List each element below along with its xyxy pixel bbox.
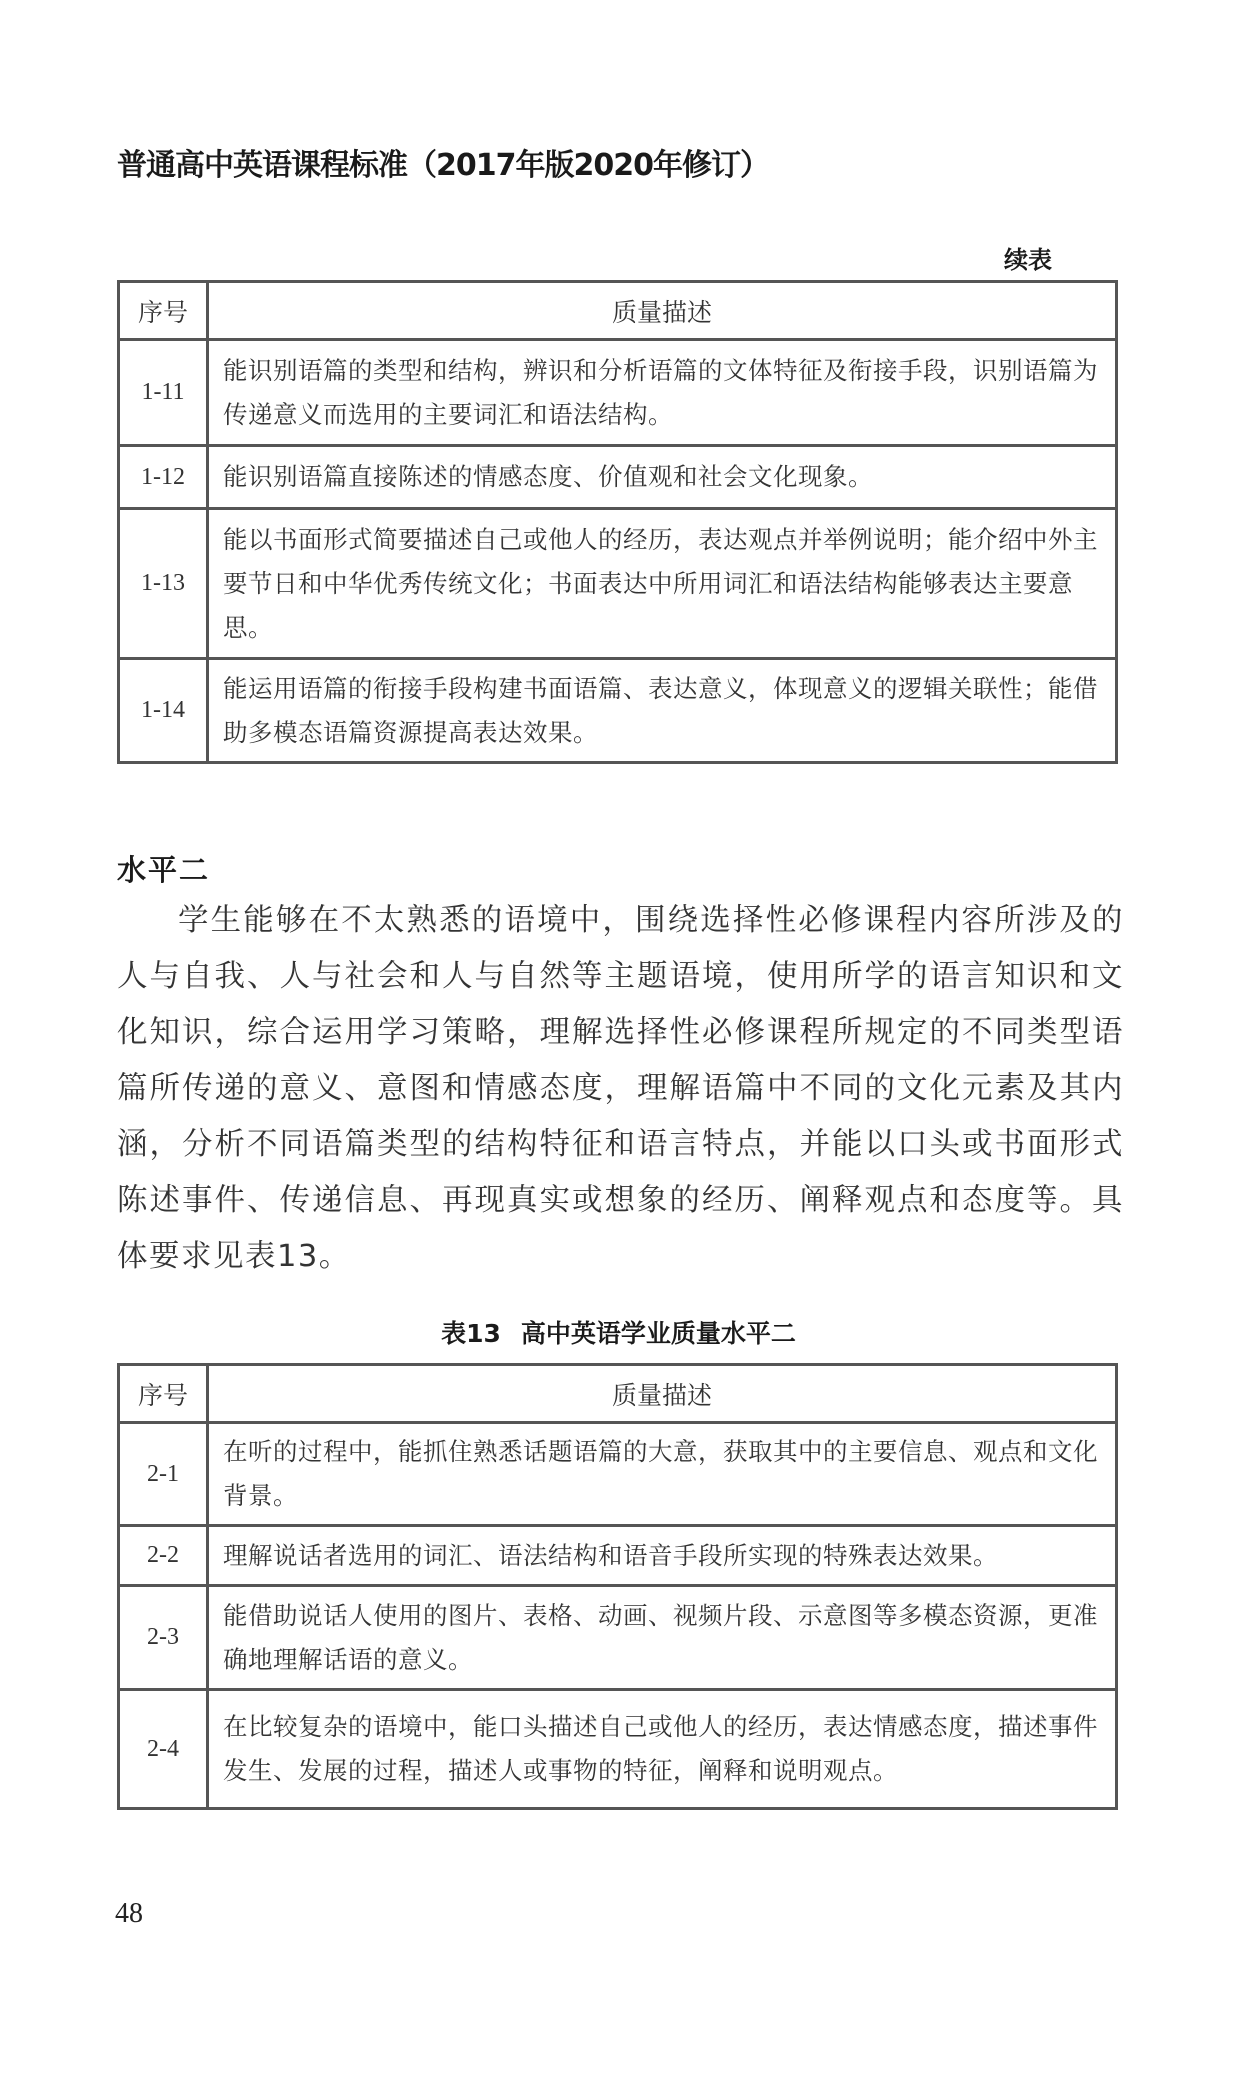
column-header-description: 质量描述 [208, 1365, 1117, 1423]
table-row: 1-11 能识别语篇的类型和结构，辨识和分析语篇的文体特征及衔接手段，识别语篇为… [119, 340, 1117, 446]
table-row: 2-2 理解说话者选用的词汇、语法结构和语音手段所实现的特殊表达效果。 [119, 1526, 1117, 1586]
column-header-serial: 序号 [119, 1365, 208, 1423]
table-header-row: 序号 质量描述 [119, 1365, 1117, 1423]
column-header-serial: 序号 [119, 282, 208, 340]
table-row: 2-3 能借助说话人使用的图片、表格、动画、视频片段、示意图等多模态资源，更准确… [119, 1586, 1117, 1690]
row-description: 能以书面形式简要描述自己或他人的经历，表达观点并举例说明；能介绍中外主要节日和中… [208, 509, 1117, 659]
page-number: 48 [115, 1898, 143, 1930]
row-id: 1-13 [119, 509, 208, 659]
table-caption: 表13高中英语学业质量水平二 [0, 1314, 1237, 1350]
quality-table-level-1-continued: 序号 质量描述 1-11 能识别语篇的类型和结构，辨识和分析语篇的文体特征及衔接… [117, 280, 1118, 764]
table-row: 1-14 能运用语篇的衔接手段构建书面语篇、表达意义，体现意义的逻辑关联性；能借… [119, 659, 1117, 763]
row-description: 能识别语篇的类型和结构，辨识和分析语篇的文体特征及衔接手段，识别语篇为传递意义而… [208, 340, 1117, 446]
row-description: 能识别语篇直接陈述的情感态度、价值观和社会文化现象。 [208, 446, 1117, 509]
table-continued-label: 续表 [1004, 240, 1052, 275]
quality-table-level-2: 序号 质量描述 2-1 在听的过程中，能抓住熟悉话题语篇的大意，获取其中的主要信… [117, 1363, 1118, 1810]
row-id: 1-14 [119, 659, 208, 763]
table-header-row: 序号 质量描述 [119, 282, 1117, 340]
body-paragraph: 学生能够在不太熟悉的语境中，围绕选择性必修课程内容所涉及的人与自我、人与社会和人… [117, 893, 1124, 1285]
table-row: 1-13 能以书面形式简要描述自己或他人的经历，表达观点并举例说明；能介绍中外主… [119, 509, 1117, 659]
row-id: 2-4 [119, 1690, 208, 1809]
table-row: 2-1 在听的过程中，能抓住熟悉话题语篇的大意，获取其中的主要信息、观点和文化背… [119, 1423, 1117, 1526]
running-title: 普通高中英语课程标准（2017年版2020年修订） [117, 140, 769, 184]
table-row: 2-4 在比较复杂的语境中，能口头描述自己或他人的经历，表达情感态度，描述事件发… [119, 1690, 1117, 1809]
column-header-description: 质量描述 [208, 282, 1117, 340]
table-caption-title: 高中英语学业质量水平二 [521, 1319, 796, 1348]
table-row: 1-12 能识别语篇直接陈述的情感态度、价值观和社会文化现象。 [119, 446, 1117, 509]
row-description: 在比较复杂的语境中，能口头描述自己或他人的经历，表达情感态度，描述事件发生、发展… [208, 1690, 1117, 1809]
row-id: 1-11 [119, 340, 208, 446]
section-heading: 水平二 [117, 848, 210, 889]
row-description: 在听的过程中，能抓住熟悉话题语篇的大意，获取其中的主要信息、观点和文化背景。 [208, 1423, 1117, 1526]
row-id: 2-2 [119, 1526, 208, 1586]
row-id: 2-3 [119, 1586, 208, 1690]
table-caption-number: 表13 [441, 1319, 501, 1348]
row-description: 能运用语篇的衔接手段构建书面语篇、表达意义，体现意义的逻辑关联性；能借助多模态语… [208, 659, 1117, 763]
row-description: 能借助说话人使用的图片、表格、动画、视频片段、示意图等多模态资源，更准确地理解话… [208, 1586, 1117, 1690]
row-id: 2-1 [119, 1423, 208, 1526]
row-description: 理解说话者选用的词汇、语法结构和语音手段所实现的特殊表达效果。 [208, 1526, 1117, 1586]
row-id: 1-12 [119, 446, 208, 509]
